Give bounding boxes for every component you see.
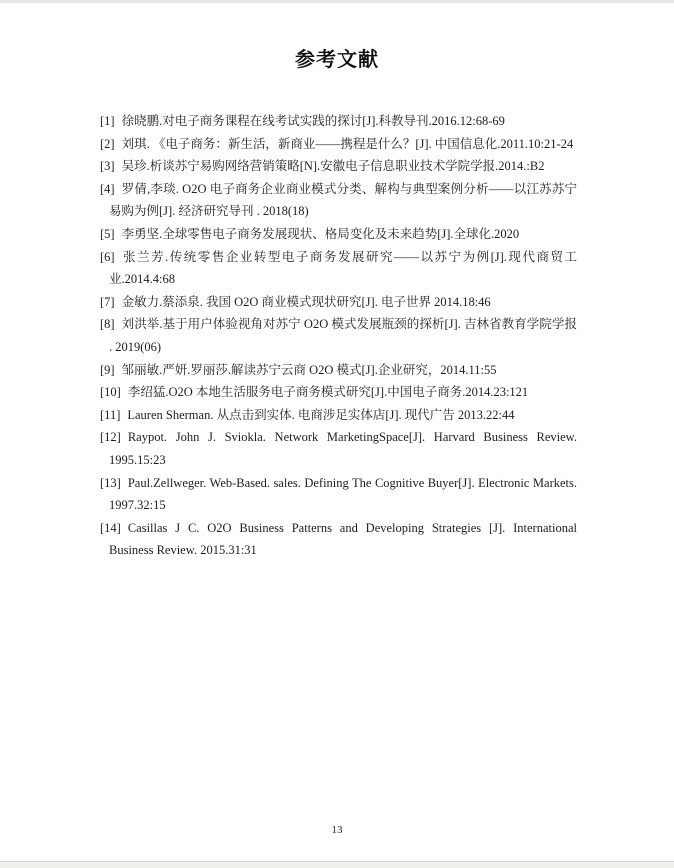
reference-label: [13] bbox=[100, 476, 121, 490]
page-title: 参考文献 bbox=[0, 0, 674, 73]
reference-item: [7]金敏力.蔡添泉. 我国 O2O 商业模式现状研究[J]. 电子世界 201… bbox=[89, 291, 577, 314]
reference-item: [9]邹丽敏.严妍.罗丽莎.解读苏宁云商 O2O 模式[J].企业研究，2014… bbox=[89, 359, 577, 382]
reference-text: 罗倩,李琰. O2O 电子商务企业商业模式分类、解构与典型案例分析——以江苏苏宁… bbox=[109, 182, 577, 219]
page-top-edge bbox=[0, 0, 674, 3]
reference-item: [8]刘洪举.基于用户体验视角对苏宁 O2O 模式发展瓶颈的探析[J]. 吉林省… bbox=[89, 313, 577, 358]
reference-label: [10] bbox=[100, 385, 121, 399]
references-list: [1]徐晓鹏.对电子商务课程在线考试实践的探讨[J].科教导刊.2016.12:… bbox=[89, 110, 577, 562]
reference-text: Paul.Zellweger. Web-Based. sales. Defini… bbox=[109, 476, 577, 513]
reference-text: Lauren Sherman. 从点击到实体. 电商涉足实体店[J]. 现代广告… bbox=[127, 408, 514, 422]
reference-text: 李绍猛.O2O 本地生活服务电子商务模式研究[J].中国电子商务.2014.23… bbox=[128, 385, 528, 399]
reference-text: 徐晓鹏.对电子商务课程在线考试实践的探讨[J].科教导刊.2016.12:68-… bbox=[122, 114, 505, 128]
reference-label: [12] bbox=[100, 430, 121, 444]
reference-item: [14]Casillas J C. O2O Business Patterns … bbox=[89, 517, 577, 562]
reference-label: [2] bbox=[100, 137, 115, 151]
page-bottom-edge bbox=[0, 861, 674, 868]
reference-text: Casillas J C. O2O Business Patterns and … bbox=[109, 521, 577, 558]
reference-label: [6] bbox=[100, 250, 115, 264]
document-page: 参考文献 [1]徐晓鹏.对电子商务课程在线考试实践的探讨[J].科教导刊.201… bbox=[0, 0, 674, 868]
reference-item: [11]Lauren Sherman. 从点击到实体. 电商涉足实体店[J]. … bbox=[89, 404, 577, 427]
reference-text: 李勇坚.全球零售电子商务发展现状、格局变化及未来趋势[J].全球化.2020 bbox=[122, 227, 520, 241]
reference-label: [5] bbox=[100, 227, 115, 241]
reference-item: [12]Raypot. John J. Sviokla. Network Mar… bbox=[89, 426, 577, 471]
reference-item: [1]徐晓鹏.对电子商务课程在线考试实践的探讨[J].科教导刊.2016.12:… bbox=[89, 110, 577, 133]
reference-text: Raypot. John J. Sviokla. Network Marketi… bbox=[109, 430, 577, 467]
reference-item: [4]罗倩,李琰. O2O 电子商务企业商业模式分类、解构与典型案例分析——以江… bbox=[89, 178, 577, 223]
reference-item: [13]Paul.Zellweger. Web-Based. sales. De… bbox=[89, 472, 577, 517]
reference-text: 邹丽敏.严妍.罗丽莎.解读苏宁云商 O2O 模式[J].企业研究，2014.11… bbox=[122, 363, 497, 377]
reference-item: [5]李勇坚.全球零售电子商务发展现状、格局变化及未来趋势[J].全球化.202… bbox=[89, 223, 577, 246]
reference-label: [8] bbox=[100, 317, 115, 331]
reference-text: 刘洪举.基于用户体验视角对苏宁 O2O 模式发展瓶颈的探析[J]. 吉林省教育学… bbox=[109, 317, 577, 354]
reference-text: 金敏力.蔡添泉. 我国 O2O 商业模式现状研究[J]. 电子世界 2014.1… bbox=[122, 295, 491, 309]
reference-label: [3] bbox=[100, 159, 115, 173]
reference-item: [10]李绍猛.O2O 本地生活服务电子商务模式研究[J].中国电子商务.201… bbox=[89, 381, 577, 404]
reference-label: [9] bbox=[100, 363, 115, 377]
reference-label: [4] bbox=[100, 182, 115, 196]
reference-label: [7] bbox=[100, 295, 115, 309]
reference-text: 吴珍.析谈苏宁易购网络营销策略[N].安徽电子信息职业技术学院学报.2014.:… bbox=[122, 159, 545, 173]
reference-text: 刘琪. 《电子商务：新生活，新商业——携程是什么？[J]. 中国信息化.2011… bbox=[122, 137, 574, 151]
reference-item: [6]张兰芳.传统零售企业转型电子商务发展研究——以苏宁为例[J].现代商贸工业… bbox=[89, 246, 577, 291]
reference-item: [2]刘琪. 《电子商务：新生活，新商业——携程是什么？[J]. 中国信息化.2… bbox=[89, 133, 577, 156]
reference-label: [1] bbox=[100, 114, 115, 128]
reference-label: [14] bbox=[100, 521, 121, 535]
reference-text: 张兰芳.传统零售企业转型电子商务发展研究——以苏宁为例[J].现代商贸工业.20… bbox=[109, 250, 577, 287]
page-number: 13 bbox=[0, 823, 674, 837]
reference-item: [3]吴珍.析谈苏宁易购网络营销策略[N].安徽电子信息职业技术学院学报.201… bbox=[89, 155, 577, 178]
reference-label: [11] bbox=[100, 408, 120, 422]
